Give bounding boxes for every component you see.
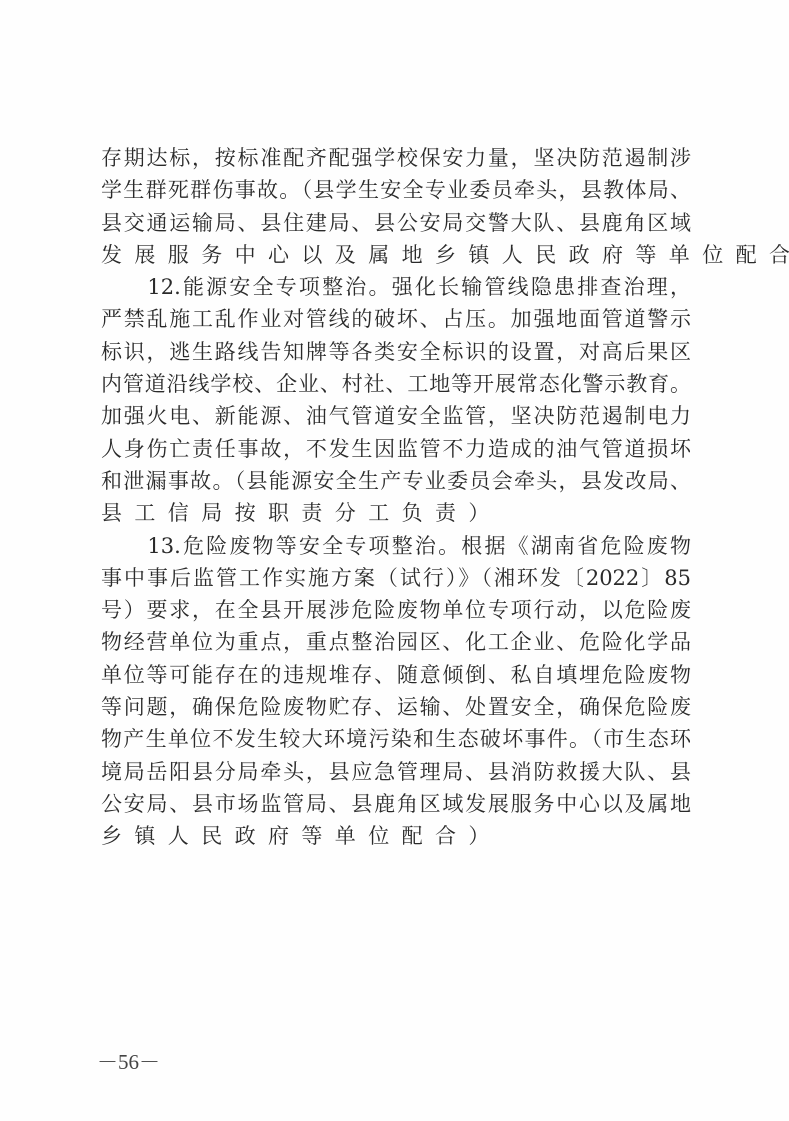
text-line: 号）要求，在全县开展涉危险废物单位专项行动，以危险废 bbox=[101, 594, 691, 626]
text-line: 事中事后监管工作实施方案（试行）》（湘环发〔2022〕85 bbox=[101, 562, 691, 594]
text-line: 县工信局按职责分工负责） bbox=[101, 497, 691, 529]
section-13-heading-line: 13.危险废物等安全专项整治。根据《湖南省危险废物 bbox=[101, 530, 691, 562]
text-line: 加强火电、新能源、油气管道安全监管，坚决防范遏制电力 bbox=[101, 400, 691, 432]
page-number: －56－ bbox=[97, 1046, 160, 1076]
text-line: 物产生单位不发生较大环境污染和生态破坏事件。（市生态环 bbox=[101, 723, 691, 755]
text-line: 标识，逃生路线告知牌等各类安全标识的设置，对高后果区 bbox=[101, 336, 691, 368]
body-text: 存期达标，按标准配齐配强学校保安力量，坚决防范遏制涉 学生群死群伤事故。（县学生… bbox=[101, 142, 691, 853]
text-line: 乡镇人民政府等单位配合） bbox=[101, 820, 691, 852]
text-line: 人身伤亡责任事故，不发生因监管不力造成的油气管道损坏 bbox=[101, 433, 691, 465]
text-line: 内管道沿线学校、企业、村社、工地等开展常态化警示教育。 bbox=[101, 368, 691, 400]
text-line: 发展服务中心以及属地乡镇人民政府等单位配合） bbox=[101, 239, 691, 271]
text-line: 单位等可能存在的违规堆存、随意倾倒、私自填埋危险废物 bbox=[101, 659, 691, 691]
document-page: 存期达标，按标准配齐配强学校保安力量，坚决防范遏制涉 学生群死群伤事故。（县学生… bbox=[0, 0, 789, 1121]
text-line: 和泄漏事故。（县能源安全生产专业委员会牵头，县发改局、 bbox=[101, 465, 691, 497]
text-line: 存期达标，按标准配齐配强学校保安力量，坚决防范遏制涉 bbox=[101, 142, 691, 174]
text-line: 境局岳阳县分局牵头，县应急管理局、县消防救援大队、县 bbox=[101, 756, 691, 788]
text-line: 等问题，确保危险废物贮存、运输、处置安全，确保危险废 bbox=[101, 691, 691, 723]
text-line: 严禁乱施工乱作业对管线的破坏、占压。加强地面管道警示 bbox=[101, 303, 691, 335]
text-line: 物经营单位为重点，重点整治园区、化工企业、危险化学品 bbox=[101, 626, 691, 658]
section-12-heading-line: 12.能源安全专项整治。强化长输管线隐患排查治理， bbox=[101, 271, 691, 303]
text-line: 学生群死群伤事故。（县学生安全专业委员牵头，县教体局、 bbox=[101, 174, 691, 206]
text-line: 公安局、县市场监管局、县鹿角区域发展服务中心以及属地 bbox=[101, 788, 691, 820]
text-line: 县交通运输局、县住建局、县公安局交警大队、县鹿角区域 bbox=[101, 207, 691, 239]
